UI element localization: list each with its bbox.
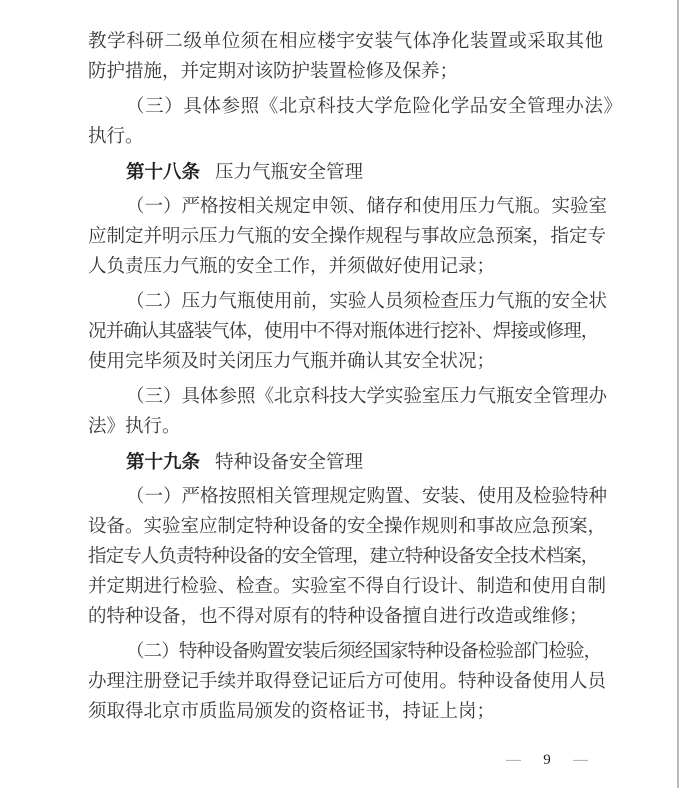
text-line: 并定期进行检验、检查。实验室不得自行设计、制造和使用自制	[88, 572, 597, 602]
text-line: 设备。实验室应制定特种设备的安全操作规则和事故应急预案，	[88, 512, 597, 542]
text-line: 应制定并明示压力气瓶的安全操作规程与事故应急预案，指定专	[88, 222, 597, 252]
footer-left-dash: —	[506, 750, 521, 770]
article-title: 特种设备安全管理	[215, 453, 363, 473]
document-text-block: 教学科研二级单位须在相应楼宇安装气体净化装置或采取其他 防护措施，并定期对该防护…	[88, 27, 597, 727]
article-title: 压力气瓶安全管理	[215, 163, 363, 183]
text-line: 的特种设备，也不得对原有的特种设备擅自进行改造或维修；	[88, 602, 597, 632]
section-heading: 第十八条压力气瓶安全管理	[88, 157, 597, 187]
text-line: （三）具体参照《北京科技大学危险化学品安全管理办法》	[88, 92, 597, 122]
scan-edge-line	[677, 0, 679, 788]
text-line: （三）具体参照《北京科技大学实验室压力气瓶安全管理办	[88, 382, 597, 412]
text-line: 况并确认其盛装气体，使用中不得对瓶体进行挖补、焊接或修理，	[88, 317, 597, 347]
article-number: 第十九条	[126, 451, 200, 472]
text-line: 执行。	[88, 122, 597, 152]
text-line: 教学科研二级单位须在相应楼宇安装气体净化装置或采取其他	[88, 27, 597, 57]
section-heading: 第十九条特种设备安全管理	[88, 447, 597, 477]
text-line: （一）严格按照相关管理规定购置、安装、使用及检验特种	[88, 482, 597, 512]
scanned-document-page: 教学科研二级单位须在相应楼宇安装气体净化装置或采取其他 防护措施，并定期对该防护…	[0, 0, 683, 788]
text-line: 须取得北京市质监局颁发的资格证书，持证上岗；	[88, 697, 597, 727]
text-line: 使用完毕须及时关闭压力气瓶并确认其安全状况；	[88, 347, 597, 377]
text-line: 办理注册登记手续并取得登记证后方可使用。特种设备使用人员	[88, 667, 597, 697]
text-line: （二）特种设备购置安装后须经国家特种设备检验部门检验，	[88, 637, 597, 667]
text-line: 法》执行。	[88, 412, 597, 442]
text-line: 人负责压力气瓶的安全工作，并须做好使用记录；	[88, 252, 597, 282]
text-line: （一）严格按相关规定申领、储存和使用压力气瓶。实验室	[88, 192, 597, 222]
article-number: 第十八条	[126, 161, 200, 182]
text-line: （二）压力气瓶使用前，实验人员须检查压力气瓶的安全状	[88, 287, 597, 317]
text-line: 指定专人负责特种设备的安全管理，建立特种设备安全技术档案，	[88, 542, 597, 572]
footer-page-number: 9	[543, 750, 551, 770]
footer-right-dash: —	[573, 750, 588, 770]
text-line: 防护措施，并定期对该防护装置检修及保养；	[88, 57, 597, 87]
page-number: — 9 —	[506, 750, 588, 770]
